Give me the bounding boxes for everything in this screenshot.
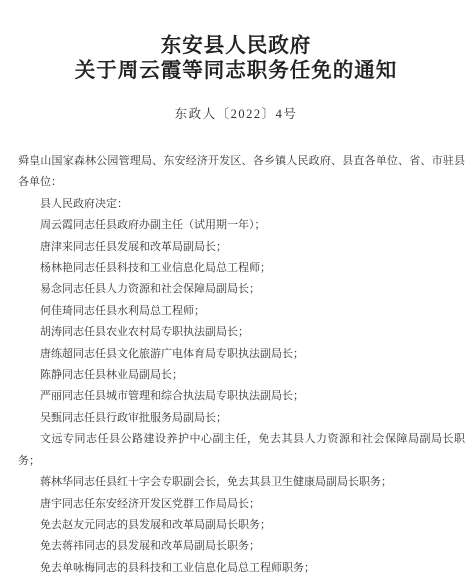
body-paragraph-addressees: 舜皇山国家森林公园管理局、东安经济开发区、各乡镇人民政府、县直各单位、省、市驻县… [18,151,465,194]
body-paragraph-2: 周云霞同志任县政府办副主任（试用期一年）； [18,215,465,236]
body-paragraph-4: 杨林艳同志任县科技和工业信息化局总工程师； [18,258,465,279]
body-paragraph-12: 文远专同志任县公路建设养护中心副主任，免去其县人力资源和社会保障局副局长职务； [18,429,465,472]
document-number: 东政人〔2022〕4号 [0,106,472,123]
body-paragraph-3: 唐津来同志任县发展和改革局副局长； [18,237,465,258]
body-paragraph-15: 免去赵友元同志的县发展和改革局副局长职务； [18,515,465,536]
body-paragraph-17: 免去单咏梅同志的县科技和工业信息化局总工程师职务； [18,558,465,579]
body-paragraph-8: 唐练超同志任县文化旅游广电体育局专职执法副局长； [18,344,465,365]
body-paragraph-7: 胡涛同志任县农业农村局专职执法副局长； [18,322,465,343]
body-paragraph-9: 陈静同志任县林业局副局长； [18,365,465,386]
body-paragraph-16: 免去蒋祎同志的县发展和改革局副局长职务； [18,536,465,557]
body-paragraph-14: 唐宇同志任东安经济开发区党群工作局局长； [18,494,465,515]
body-paragraph-10: 严丽同志任县城市管理和综合执法局专职执法副局长； [18,386,465,407]
document-page: 东安县人民政府 关于周云霞等同志职务任免的通知 东政人〔2022〕4号 舜皇山国… [0,0,472,585]
title-line-1: 东安县人民政府 [10,34,462,59]
document-title: 东安县人民政府 关于周云霞等同志职务任免的通知 [10,34,462,84]
body-paragraph-5: 易念同志任县人力资源和社会保障局副局长； [18,279,465,300]
body-paragraph-decision: 县人民政府决定： [18,194,465,215]
body-paragraph-6: 何佳琦同志任县水利局总工程师； [18,301,465,322]
title-line-2: 关于周云霞等同志职务任免的通知 [10,59,462,84]
document-body: 舜皇山国家森林公园管理局、东安经济开发区、各乡镇人民政府、县直各单位、省、市驻县… [18,151,465,579]
body-paragraph-11: 吴甄同志任县行政审批服务局副局长； [18,408,465,429]
body-paragraph-13: 蒋林华同志任县红十字会专职副会长，免去其县卫生健康局副局长职务； [18,472,465,493]
